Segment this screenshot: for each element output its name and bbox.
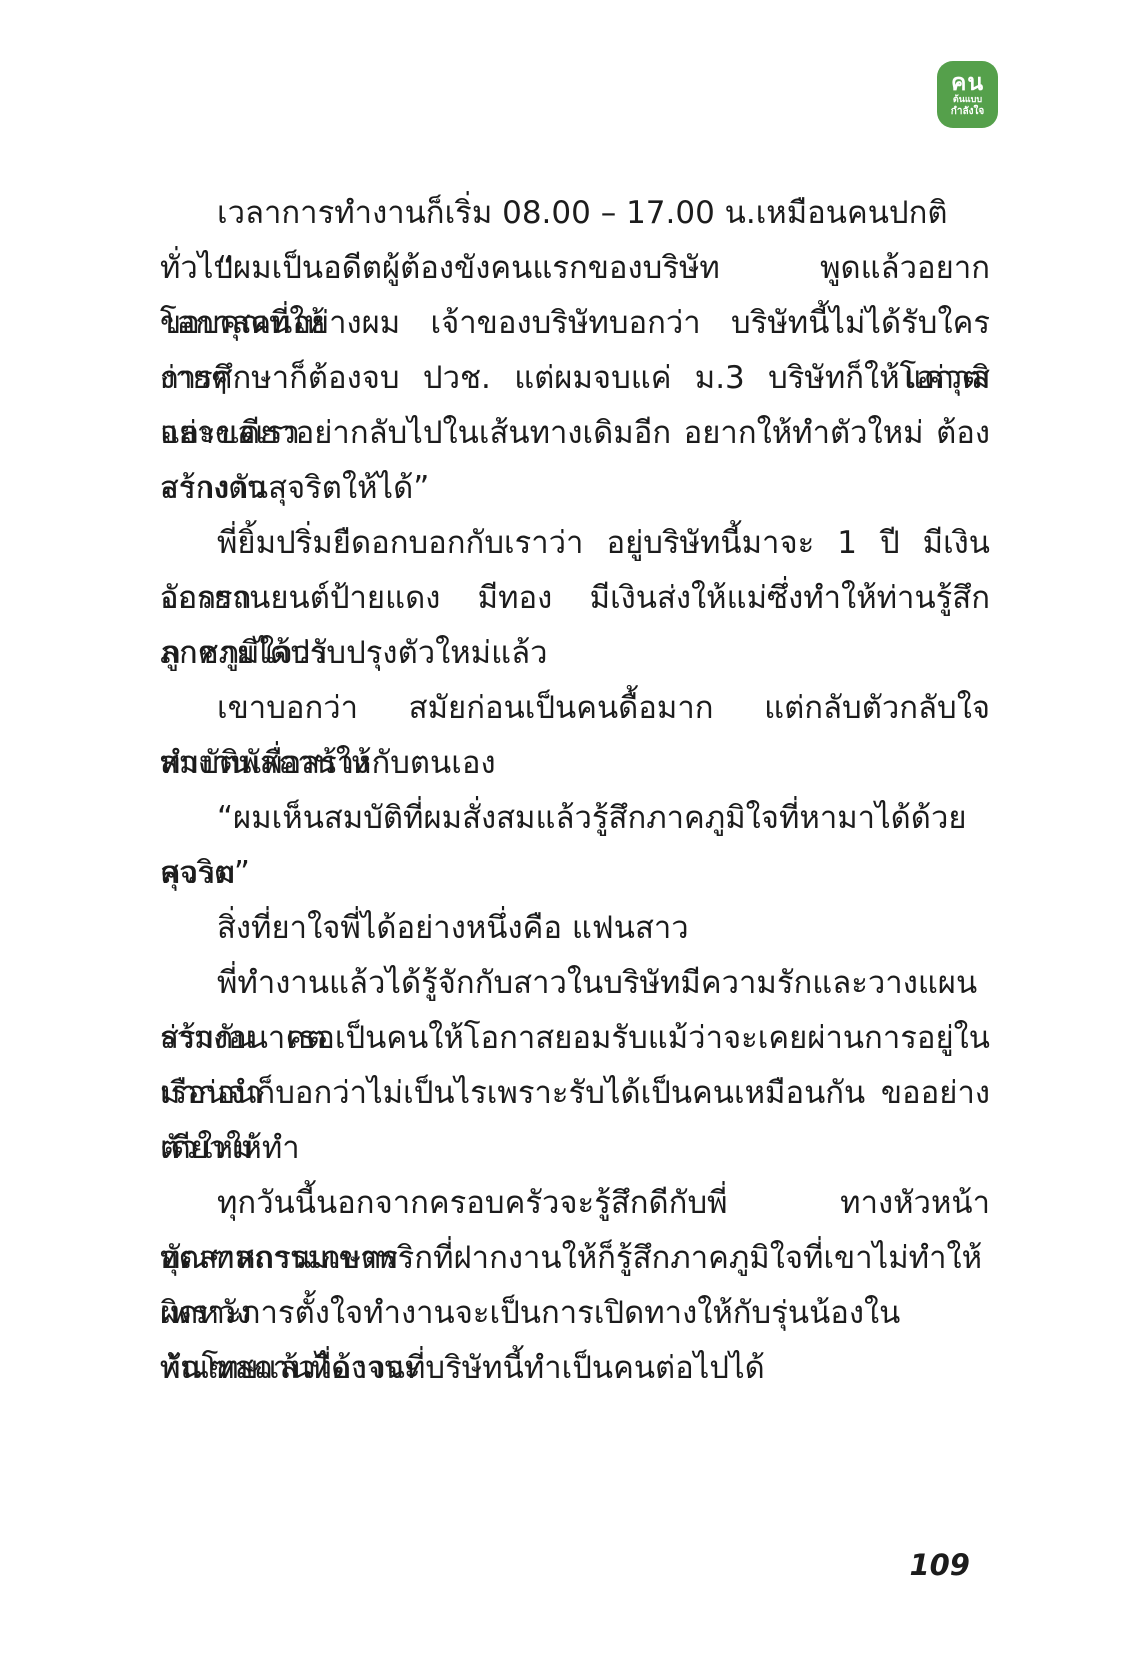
paragraph: เวลาการทำงานก็เริ่ม 08.00 – 17.00 น.เหมื… [160, 186, 990, 241]
paragraph: พี่ยิ้มปริ่มยืดอกบอกกับเราว่า อยู่บริษัท… [160, 516, 990, 681]
paragraph: “ผมเห็นสมบัติที่ผมสั่งสมแล้วรู้สึกภาคภูม… [160, 791, 990, 901]
text-line: การศึกษาก็ต้องจบ ปวช. แต่ผมจบแค่ ม.3 บริ… [160, 351, 990, 406]
text-line: พี่ยิ้มปริ่มยืดอกบอกกับเราว่า อยู่บริษัท… [160, 516, 990, 571]
text-line: “ผมเห็นสมบัติที่ผมสั่งสมแล้วรู้สึกภาคภูม… [160, 791, 990, 846]
text-line: อุตสาหกรรมเขาพริกที่ฝากงานให้ก็รู้สึกภาค… [160, 1231, 990, 1286]
page-number: 109 [909, 1548, 970, 1582]
book-page: คน ต้นแบบ กำลังใจ เวลาการทำงานก็เริ่ม 08… [0, 0, 1126, 1654]
text-line: มาก่อนก็บอกว่าไม่เป็นไรเพราะรับได้เป็นคน… [160, 1066, 990, 1121]
text-line: สุจริต” [160, 846, 990, 901]
text-line: ทุกวันนี้นอกจากครอบครัวจะรู้สึกดีกับพี่ … [160, 1176, 990, 1231]
text-line: พ้นโทษแล้วได้งานที่บริษัทนี้ทำเป็นคนต่อไ… [160, 1341, 990, 1396]
text-line: สมบัติพัสถานให้กับตนเอง [160, 736, 990, 791]
paragraph: ทุกวันนี้นอกจากครอบครัวจะรู้สึกดีกับพี่ … [160, 1176, 990, 1396]
text-line: เขาบอกว่า สมัยก่อนเป็นคนดื้อมาก แต่กลับต… [160, 681, 990, 736]
text-line: อย่างเดียวอย่ากลับไปในเส้นทางเดิมอีก อยา… [160, 406, 990, 461]
paragraph: สิ่งที่ยาใจพี่ได้อย่างหนึ่งคือ แฟนสาว [160, 901, 990, 956]
text-line: “ผมเป็นอดีตผู้ต้องขังคนแรกของบริษัท พูดแ… [160, 241, 990, 296]
paragraph: “ผมเป็นอดีตผู้ต้องขังคนแรกของบริษัท พูดแ… [160, 241, 990, 516]
logo-text-line2: ต้นแบบ [953, 95, 982, 106]
text-line: จักรยานยนต์ป้ายแดง มีทอง มีเงินส่งให้แม่… [160, 571, 990, 626]
logo-text-line3: กำลังใจ [951, 106, 984, 118]
text-line: ร่วมกัน เธอเป็นคนให้โอกาสยอมรับแม้ว่าจะเ… [160, 1011, 990, 1066]
logo-text-main: คน [951, 71, 984, 95]
publisher-logo: คน ต้นแบบ กำลังใจ [937, 61, 998, 128]
text-line: พี่ทำงานแล้วได้รู้จักกับสาวในบริษัทมีควา… [160, 956, 990, 1011]
text-line: เพราะการตั้งใจทำงานจะเป็นการเปิดทางให้กั… [160, 1286, 990, 1341]
text-line: เวลาการทำงานก็เริ่ม 08.00 – 17.00 น.เหมื… [160, 186, 990, 241]
body-text: เวลาการทำงานก็เริ่ม 08.00 – 17.00 น.เหมื… [160, 186, 990, 1396]
text-line: โอกาสคนอย่างผม เจ้าของบริษัทบอกว่า บริษั… [160, 296, 990, 351]
paragraph: เขาบอกว่า สมัยก่อนเป็นคนดื้อมาก แต่กลับต… [160, 681, 990, 791]
text-line: ลูกชายได้ปรับปรุงตัวใหม่แล้ว [160, 626, 990, 681]
paragraph: พี่ทำงานแล้วได้รู้จักกับสาวในบริษัทมีควา… [160, 956, 990, 1176]
text-line: จากงานสุจริตให้ได้” [160, 461, 990, 516]
text-line: สิ่งที่ยาใจพี่ได้อย่างหนึ่งคือ แฟนสาว [160, 901, 990, 956]
